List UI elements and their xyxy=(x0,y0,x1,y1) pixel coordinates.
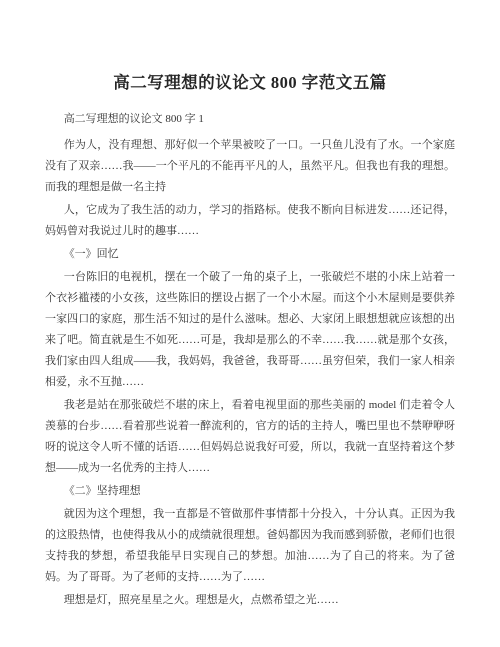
paragraph-1: 作为人，没有理想、那好似一个苹果被咬了一口。一只鱼儿没有了水。一个家庭没有了双亲… xyxy=(45,135,455,198)
paragraph-2: 人，它成为了我生活的动力，学习的指路标。使我不断向目标进发……还记得，妈妈曾对我… xyxy=(45,200,455,242)
section-heading-2: 《二》坚持理想 xyxy=(45,481,455,502)
paragraph-4: 我老是站在那张破烂不堪的床上，看着电视里面的那些美丽的 model 们走着令人羡… xyxy=(45,395,455,479)
paragraph-6: 理想是灯，照亮星星之火。理想是火，点燃希望之光…… xyxy=(45,590,455,611)
document-subtitle: 高二写理想的议论文 800 字 1 xyxy=(45,109,455,130)
section-heading-1: 《一》回忆 xyxy=(45,244,455,265)
paragraph-3: 一台陈旧的电视机，摆在一个破了一角的桌子上，一张破烂不堪的小床上站着一个衣衫褴褛… xyxy=(45,267,455,393)
document-title: 高二写理想的议论文 800 字范文五篇 xyxy=(45,70,455,96)
document-page: 高二写理想的议论文 800 字范文五篇 高二写理想的议论文 800 字 1 作为… xyxy=(0,0,500,647)
paragraph-5: 就因为这个理想，我一直都是不管做那件事情都十分投入，十分认真。正因为我的这股热情… xyxy=(45,504,455,588)
